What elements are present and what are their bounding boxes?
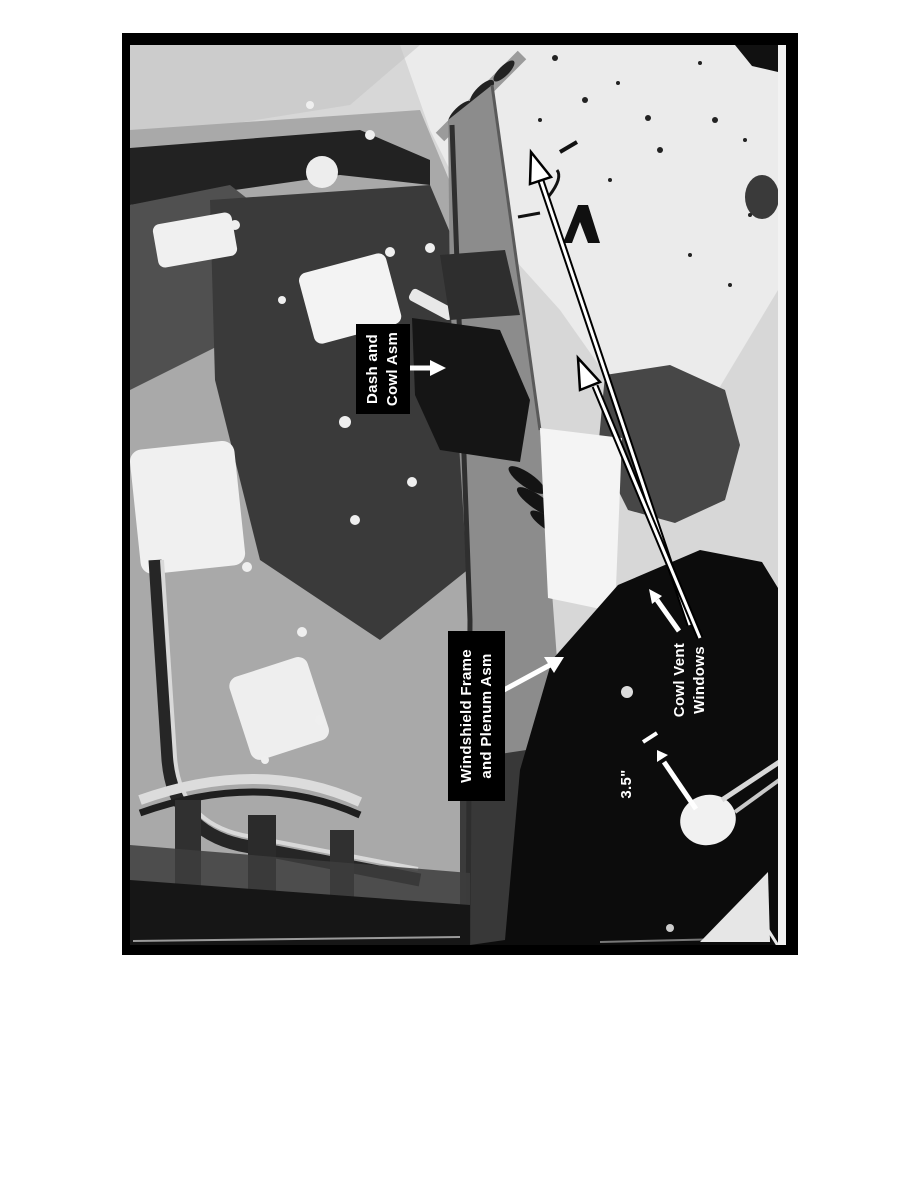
page: Dash and Cowl Asm Windshield Frame and P… <box>0 0 918 1188</box>
label-measurement-3-5in: 3.5" <box>610 761 643 807</box>
label-windshield-frame-plenum-asm: Windshield Frame and Plenum Asm <box>448 631 505 801</box>
label-cowl-vent-windows: Cowl Vent Windows <box>668 638 712 722</box>
measurement-value: 3.5" <box>617 769 637 798</box>
photo-scene <box>130 45 786 945</box>
figure-frame: Dash and Cowl Asm Windshield Frame and P… <box>122 33 798 955</box>
label-measurement-text: 3.5" <box>617 769 637 798</box>
label-line: Cowl Vent <box>670 643 690 717</box>
label-line: Cowl Asm <box>383 332 403 406</box>
label-line: Windshield Frame <box>457 649 477 783</box>
label-dash-cowl-asm: Dash and Cowl Asm <box>356 324 410 414</box>
label-line: Dash and <box>363 332 383 406</box>
scanned-manual-page: { "document": { "kind": "scanned-service… <box>0 0 918 1188</box>
label-line: Windows <box>690 643 710 717</box>
label-dash-cowl-asm-text: Dash and Cowl Asm <box>363 332 403 406</box>
figure-photo: Dash and Cowl Asm Windshield Frame and P… <box>130 45 786 945</box>
label-cowl-vent-windows-text: Cowl Vent Windows <box>670 643 710 717</box>
label-windshield-frame-plenum-text: Windshield Frame and Plenum Asm <box>457 649 497 783</box>
label-line: and Plenum Asm <box>477 649 497 783</box>
scan-gap-strip <box>778 45 786 945</box>
